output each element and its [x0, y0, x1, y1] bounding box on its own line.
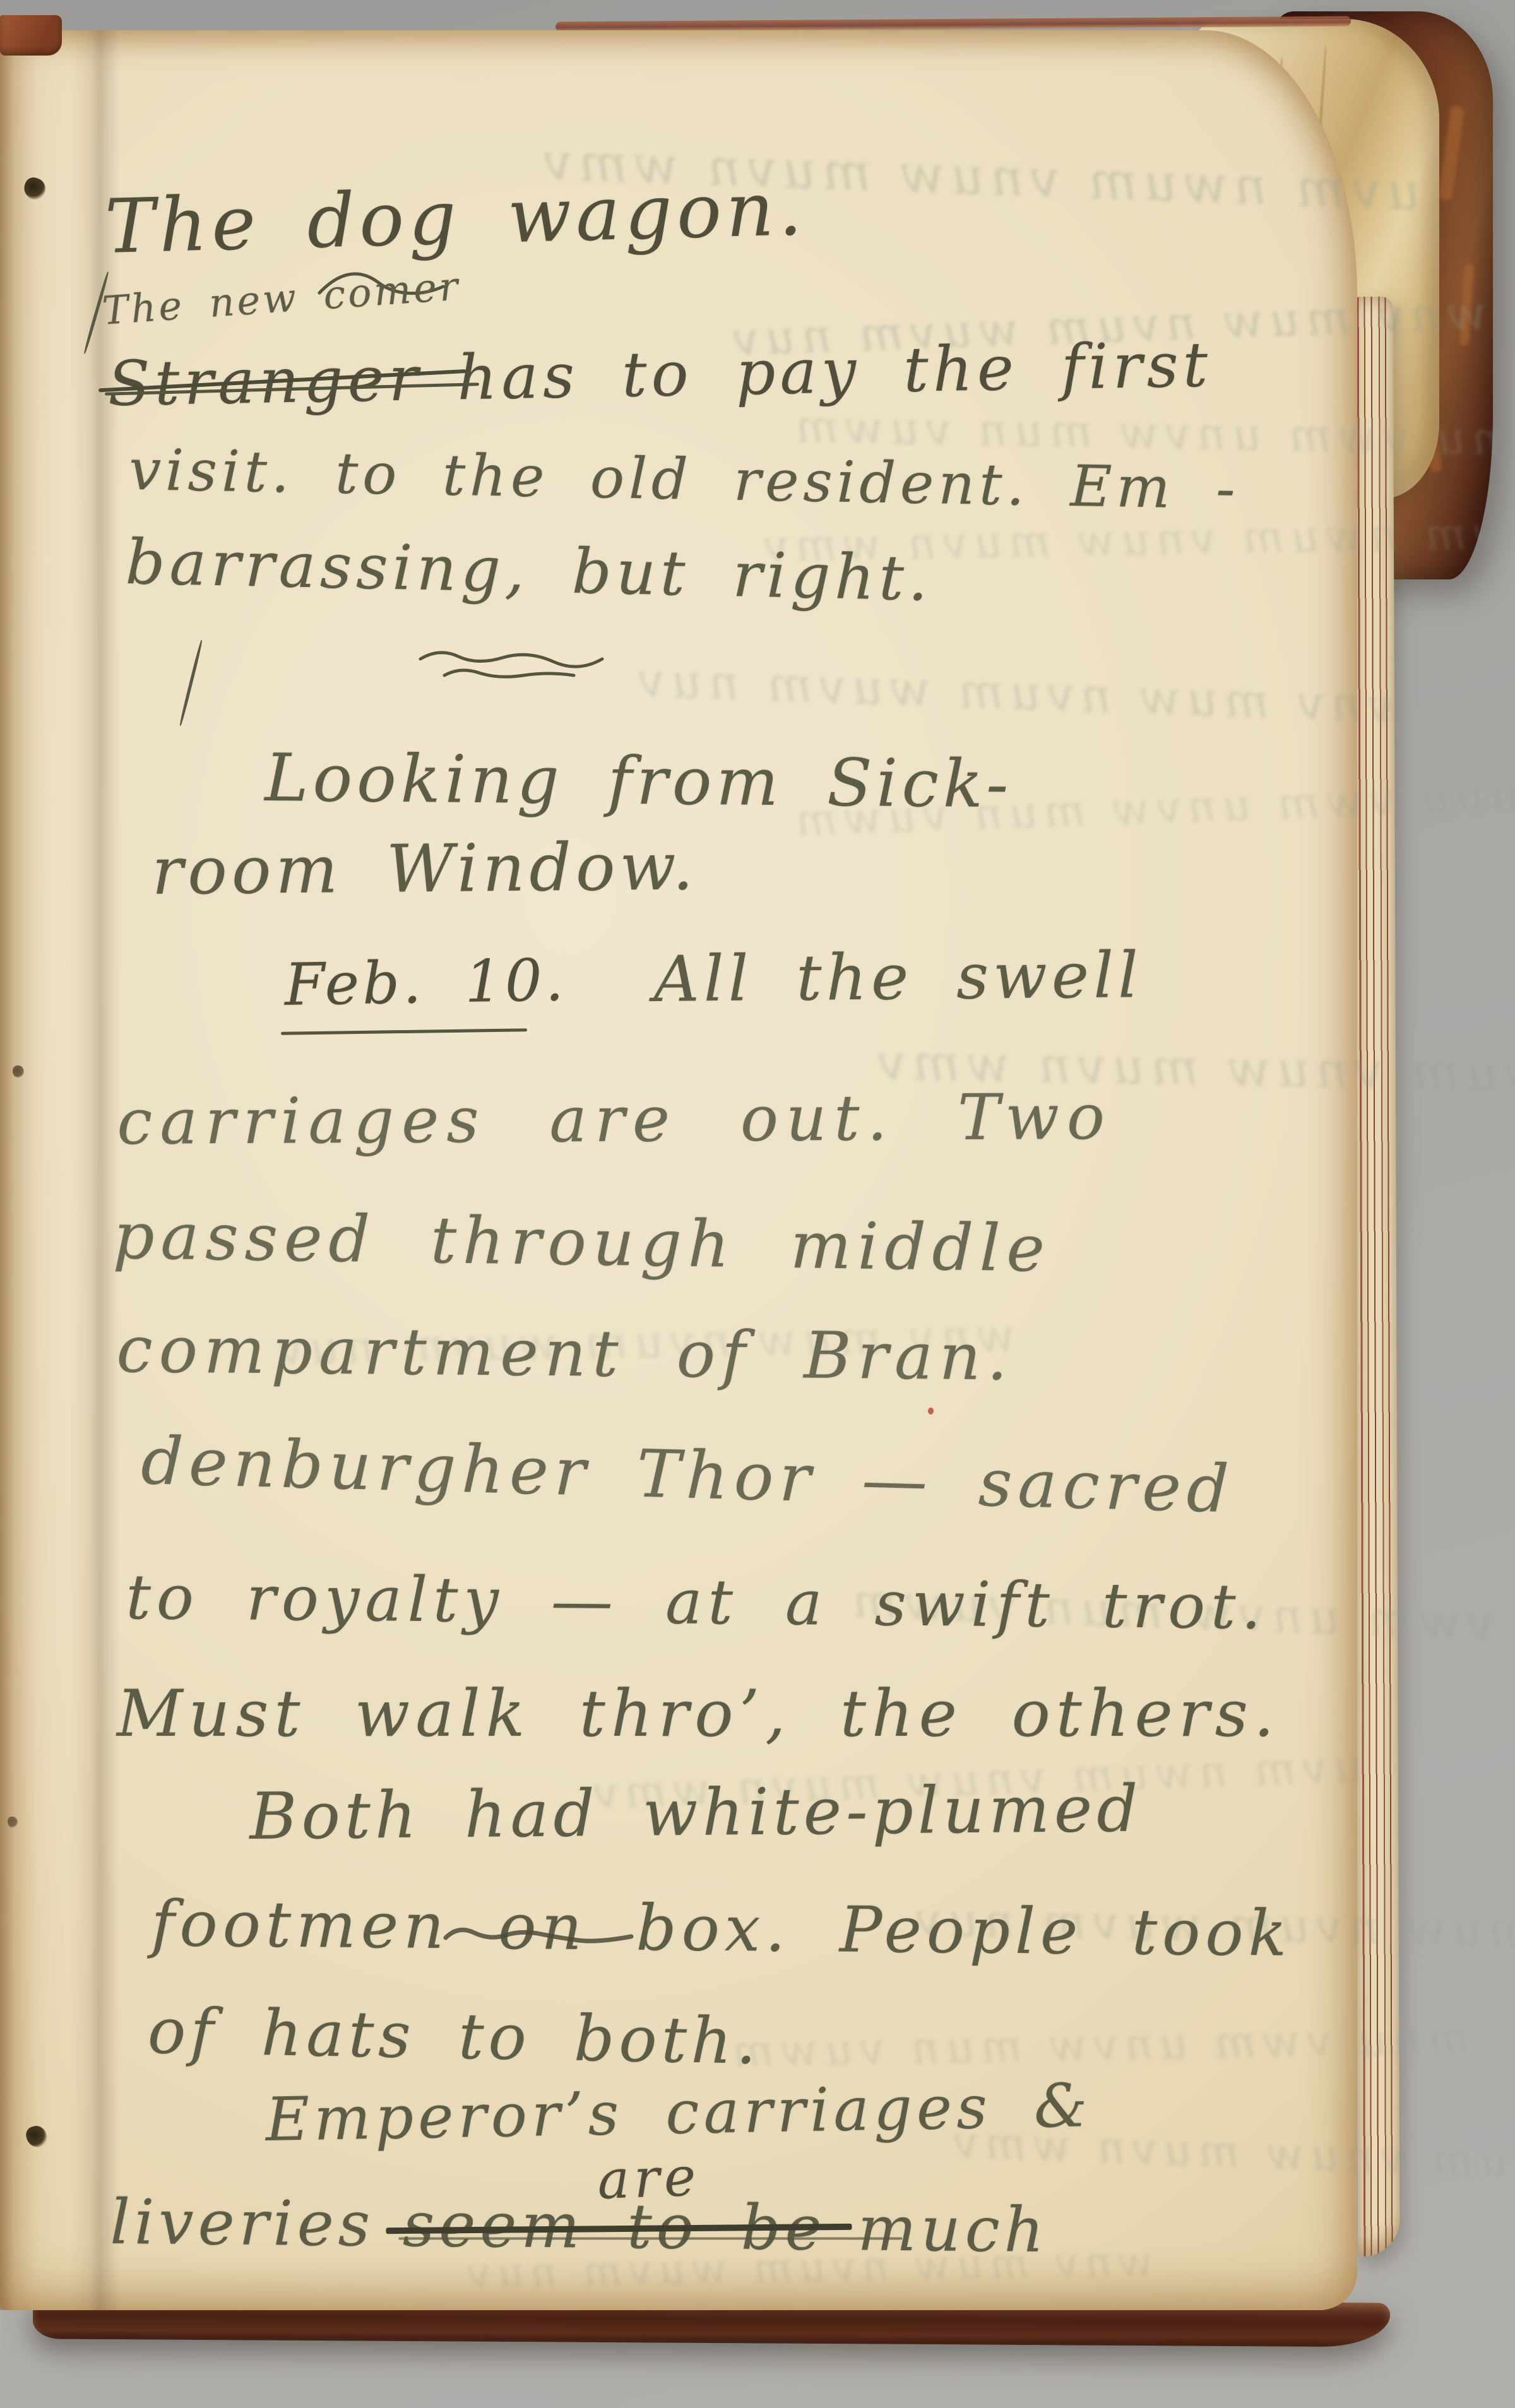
ms-line-carriages: carriages are out. Two — [117, 1086, 1112, 1154]
stitch-hole — [13, 1065, 24, 1078]
divider-double-squiggle — [417, 645, 606, 684]
ms-line-barrassing: barrassing, but right. — [125, 531, 933, 610]
ms-line-passed: passed through middle — [113, 1204, 1052, 1282]
ms-line-hats: of hats to both. — [147, 2000, 761, 2073]
ms-line-footmen: footmen on box. People took — [151, 1892, 1292, 1966]
ms-struck-stranger: Stranger — [107, 348, 423, 415]
notebook-photo: uvm nwum vnuw muvn wmv wnv muw nvum wuvm… — [0, 0, 1515, 2408]
bleedthrough-writing: mnu vwm unvw mun vuwm — [725, 2017, 1470, 2074]
ms-date-feb-10: Feb. 10. — [284, 951, 567, 1014]
ms-line-both-had: Both had white-plumed — [249, 1777, 1143, 1849]
stitch-hole — [8, 1817, 18, 1828]
spine-leather-nub — [0, 15, 62, 56]
page-stack-edges — [1352, 297, 1400, 2257]
leather-scuff — [1438, 105, 1465, 201]
ms-line-all-the-swell: All the swell — [653, 944, 1143, 1011]
ms-line-looking: Looking from Sick- — [264, 745, 1013, 817]
ms-struck-seem-to-be: seem to be — [403, 2194, 826, 2260]
ms-line-must-walk: Must walk thro’, the others. — [117, 1682, 1280, 1747]
ms-line-compartment: compartment of Bran. — [116, 1318, 1014, 1390]
ms-line-emperors: Emperor’s carriages & — [265, 2076, 1092, 2150]
ms-line-liveries-much: liveriesseem to bemuch — [110, 2192, 1049, 2262]
ms-line-room-window: room Window. — [151, 833, 698, 904]
ms-line-royalty: to royalty — at a swift trot. — [126, 1567, 1267, 1639]
ms-line-dog-wagon: The dog wagon. — [104, 171, 807, 264]
ms-line-stranger-pay: Strangerhas to pay the first — [107, 334, 1213, 415]
ms-line-liveries: liveries — [110, 2186, 375, 2261]
ms-line-has-to-pay: has to pay the first — [456, 329, 1213, 414]
red-ink-speck — [928, 1408, 934, 1415]
correction-scribble — [442, 1920, 638, 1950]
ms-line-much: much — [857, 2193, 1049, 2267]
